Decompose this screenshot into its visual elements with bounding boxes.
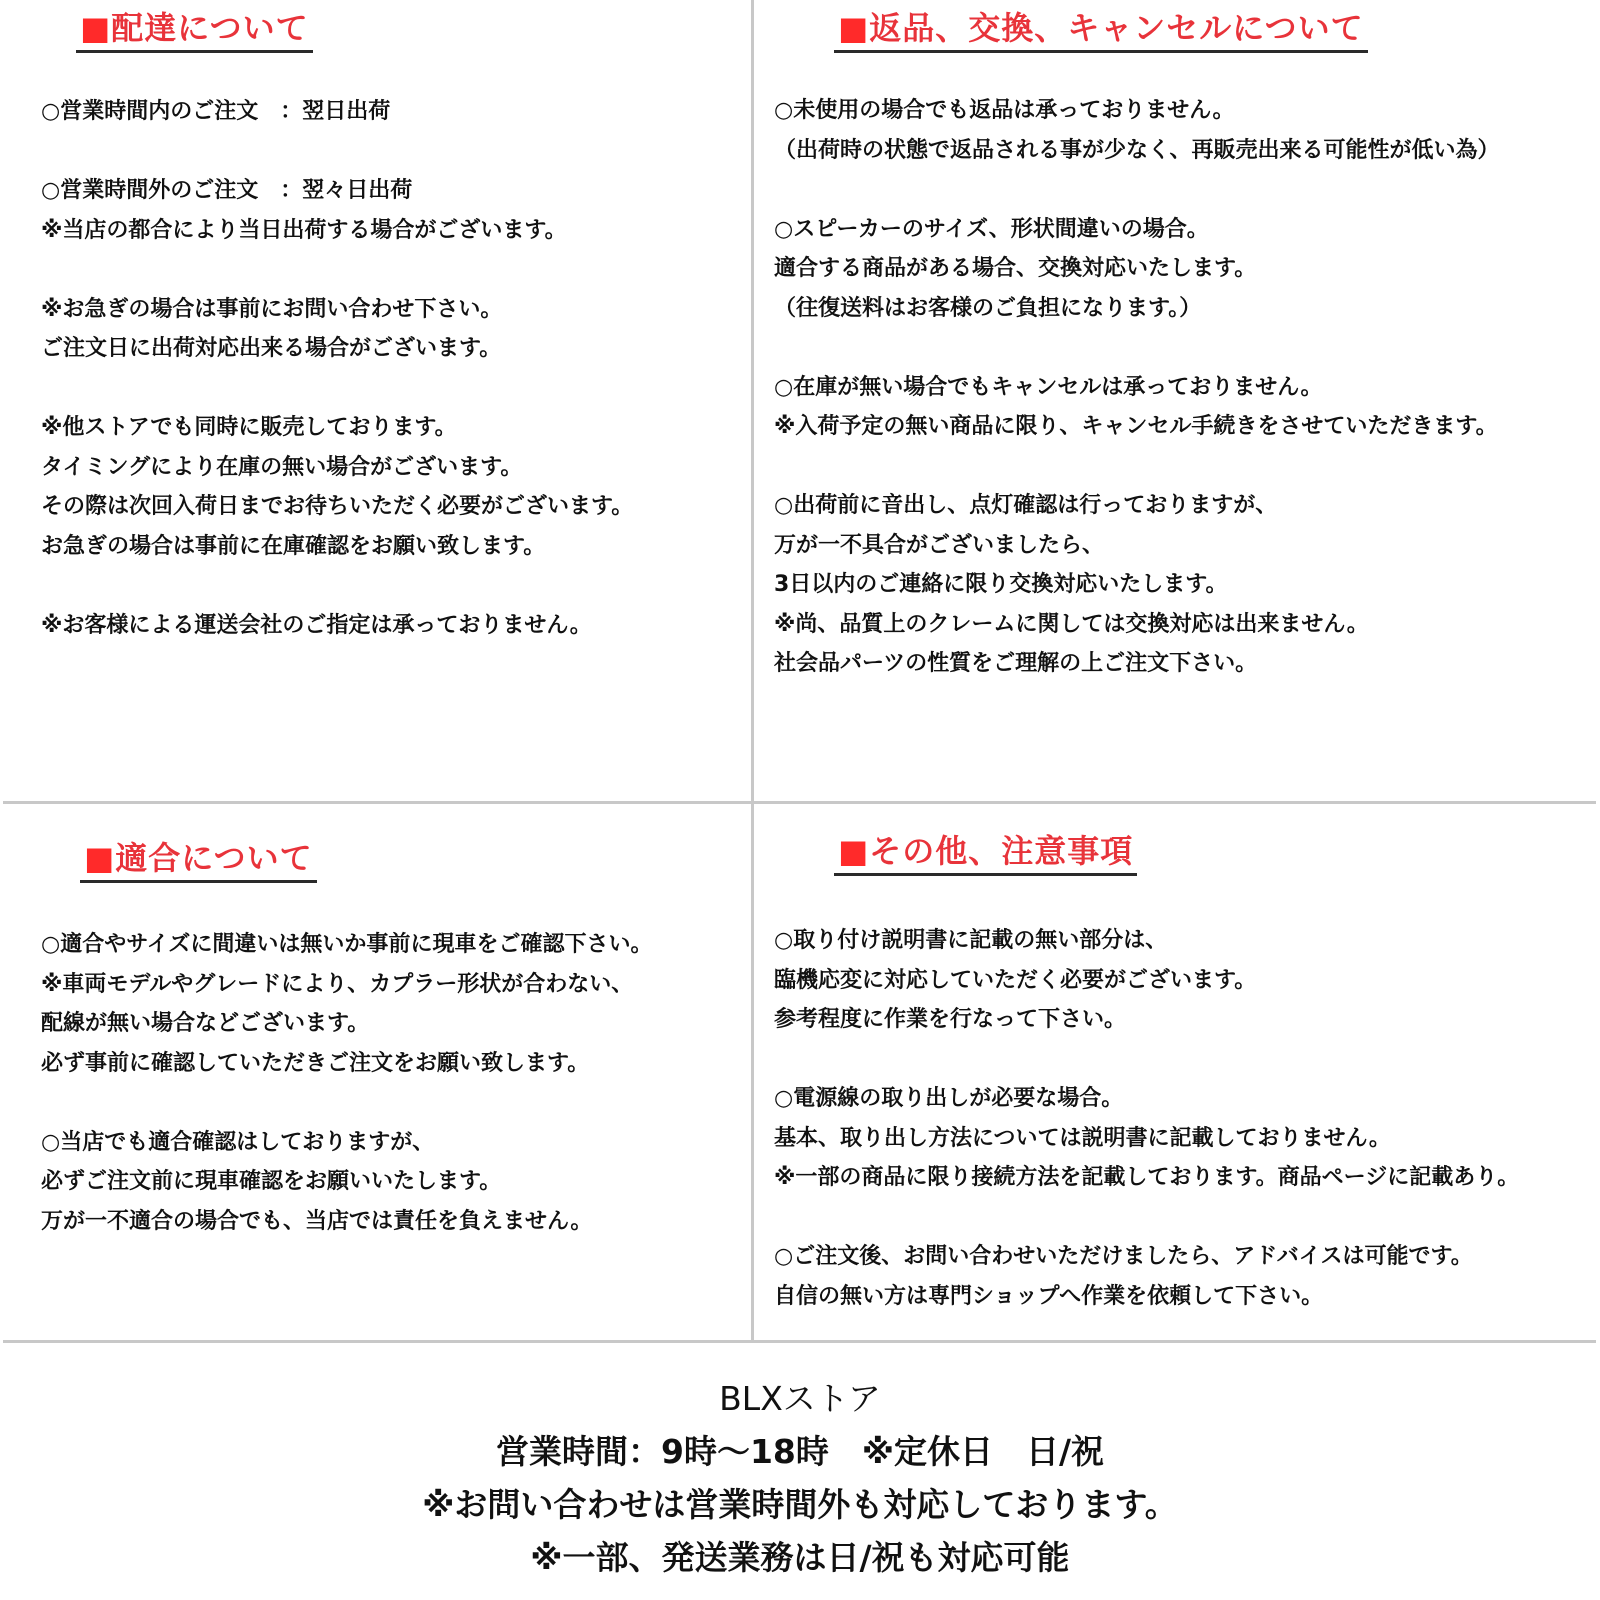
text-line xyxy=(41,369,633,409)
text-line: 万が一不具合がございましたら、 xyxy=(774,526,1500,566)
horizontal-divider-middle xyxy=(3,801,1596,804)
compatibility-text: ○適合やサイズに間違いは無いか事前に現車をご確認下さい。※車両モデルやグレードに… xyxy=(41,925,652,1241)
text-line: 万が一不適合の場合でも、当店では責任を負えません。 xyxy=(41,1202,652,1242)
text-line: お急ぎの場合は事前に在庫確認をお願い致します。 xyxy=(41,527,633,567)
text-line: ※他ストアでも同時に販売しております。 xyxy=(41,408,633,448)
delivery-text: ○営業時間内のご注文 ：翌日出荷○営業時間外のご注文 ：翌々日出荷※当店の都合に… xyxy=(41,92,633,645)
text-line: 基本、取り出し方法については説明書に記載しておりません。 xyxy=(774,1119,1519,1159)
vertical-divider xyxy=(751,0,754,1342)
text-line: 3日以内のご連絡に限り交換対応いたします。 xyxy=(774,565,1500,605)
text-line: ○電源線の取り出しが必要な場合。 xyxy=(774,1079,1519,1119)
text-line: 社会品パーツの性質をご理解の上ご注文下さい。 xyxy=(774,644,1500,684)
text-line: ○取り付け説明書に記載の無い部分は、 xyxy=(774,921,1519,961)
text-line xyxy=(774,328,1500,368)
text-line: ○在庫が無い場合でもキャンセルは承っておりません。 xyxy=(774,368,1500,408)
red-square-icon: ■ xyxy=(80,9,111,47)
text-line: ※車両モデルやグレードにより、カプラー形状が合わない、 xyxy=(41,965,652,1005)
text-line: ※入荷予定の無い商品に限り、キャンセル手続きをさせていただきます。 xyxy=(774,407,1500,447)
text-line: 臨機応変に対応していただく必要がございます。 xyxy=(774,961,1519,1001)
text-line: ※当店の都合により当日出荷する場合がございます。 xyxy=(41,211,633,251)
red-square-icon: ■ xyxy=(838,832,869,870)
text-line: （出荷時の状態で返品される事が少なく、再販売出来る可能性が低い為） xyxy=(774,131,1500,171)
text-line: その際は次回入荷日までお待ちいただく必要がございます。 xyxy=(41,487,633,527)
section-title-delivery: ■配達について xyxy=(76,8,313,53)
text-line: 適合する商品がある場合、交換対応いたします。 xyxy=(774,249,1500,289)
red-square-icon: ■ xyxy=(838,9,869,47)
text-line xyxy=(774,1198,1519,1238)
text-line: ○営業時間外のご注文 ：翌々日出荷 xyxy=(41,171,633,211)
text-line: 配線が無い場合などございます。 xyxy=(41,1004,652,1044)
text-line: ○ご注文後、お問い合わせいただけましたら、アドバイスは可能です。 xyxy=(774,1237,1519,1277)
text-line: ○営業時間内のご注文 ：翌日出荷 xyxy=(41,92,633,132)
shipping-note: ※一部、発送業務は日/祝も対応可能 xyxy=(0,1531,1600,1584)
text-line: 自信の無い方は専門ショップへ作業を依頼して下さい。 xyxy=(774,1277,1519,1317)
text-line: ○適合やサイズに間違いは無いか事前に現車をご確認下さい。 xyxy=(41,925,652,965)
text-line: ○当店でも適合確認はしておりますが、 xyxy=(41,1123,652,1163)
text-line: ※尚、品質上のクレームに関しては交換対応は出来ません。 xyxy=(774,605,1500,645)
text-line xyxy=(41,132,633,172)
text-line: ○出荷前に音出し、点灯確認は行っておりますが、 xyxy=(774,486,1500,526)
section-title-returns: ■返品、交換、キャンセルについて xyxy=(834,8,1368,53)
text-line: ○未使用の場合でも返品は承っておりません。 xyxy=(774,91,1500,131)
text-line xyxy=(41,250,633,290)
text-line: ○スピーカーのサイズ、形状間違いの場合。 xyxy=(774,210,1500,250)
inquiry-note: ※お問い合わせは営業時間外も対応しております。 xyxy=(0,1478,1600,1531)
text-line: ※お急ぎの場合は事前にお問い合わせ下さい。 xyxy=(41,290,633,330)
text-line xyxy=(774,447,1500,487)
text-line xyxy=(774,1040,1519,1080)
text-line xyxy=(41,1083,652,1123)
text-line: ※一部の商品に限り接続方法を記載しております。商品ページに記載あり。 xyxy=(774,1158,1519,1198)
text-line: ※お客様による運送会社のご指定は承っておりません。 xyxy=(41,606,633,646)
text-line: 参考程度に作業を行なって下さい。 xyxy=(774,1000,1519,1040)
text-line: 必ず事前に確認していただきご注文をお願い致します。 xyxy=(41,1044,652,1084)
notes-text: ○取り付け説明書に記載の無い部分は、臨機応変に対応していただく必要がございます。… xyxy=(774,921,1519,1316)
text-line: 必ずご注文前に現車確認をお願いいたします。 xyxy=(41,1162,652,1202)
horizontal-divider-bottom xyxy=(3,1340,1596,1343)
text-line xyxy=(774,170,1500,210)
section-title-compatibility: ■適合について xyxy=(80,838,317,883)
returns-text: ○未使用の場合でも返品は承っておりません。（出荷時の状態で返品される事が少なく、… xyxy=(774,91,1500,684)
text-line: ご注文日に出荷対応出来る場合がございます。 xyxy=(41,329,633,369)
text-line: タイミングにより在庫の無い場合がございます。 xyxy=(41,448,633,488)
section-title-notes: ■その他、注意事項 xyxy=(834,831,1137,876)
store-footer: BLXストア 営業時間：9時〜18時 ※定休日 日/祝 ※お問い合わせは営業時間… xyxy=(0,1372,1600,1584)
text-line xyxy=(41,566,633,606)
store-name: BLXストア xyxy=(0,1372,1600,1425)
red-square-icon: ■ xyxy=(84,839,115,877)
text-line: （往復送料はお客様のご負担になります。） xyxy=(774,289,1500,329)
business-hours: 営業時間：9時〜18時 ※定休日 日/祝 xyxy=(0,1425,1600,1478)
